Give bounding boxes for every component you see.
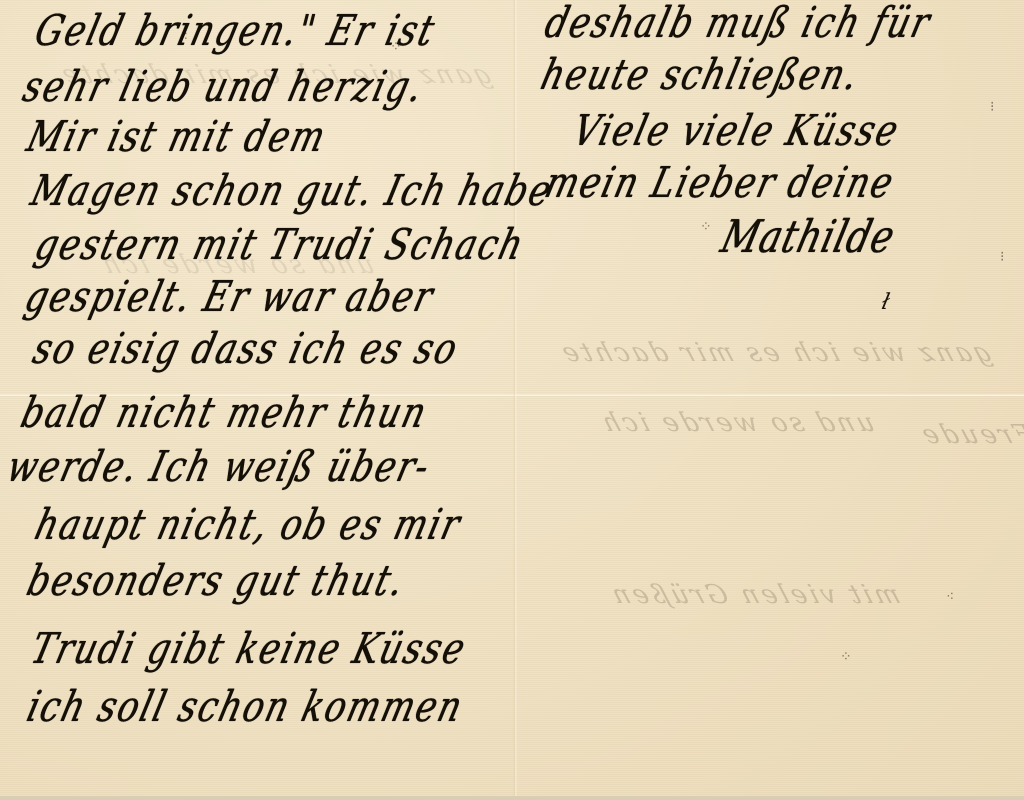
ink-speck: ⁝: [990, 100, 994, 114]
bleed-through-text: mit vielen Grüßen: [605, 580, 904, 610]
handwritten-line: so eisig dass ich es so: [28, 324, 464, 374]
ink-speck: ⁘: [700, 220, 712, 234]
handwritten-line: bald nicht mehr thun: [16, 388, 433, 438]
handwritten-line: heute schließen.: [536, 50, 865, 100]
bleed-through-text: ganz wie ich es mir dachte: [555, 338, 996, 368]
handwritten-line: Viele viele Küsse: [568, 106, 905, 156]
bleed-through-text: und so werde ich: [595, 408, 878, 438]
handwritten-line: Magen schon gut. Ich habe: [26, 166, 558, 216]
vertical-fold-line: [513, 0, 517, 800]
handwritten-line: gestern mit Trudi Schach: [30, 220, 530, 270]
handwritten-line: Trudi gibt keine Küsse: [26, 624, 472, 674]
ink-speck: ⁘: [840, 650, 852, 664]
signature: Mathilde: [716, 212, 900, 263]
handwritten-line: werde. Ich weiß über-: [2, 442, 436, 492]
handwritten-line: gespielt. Er war aber: [20, 272, 439, 322]
ink-mark: ł: [879, 290, 891, 315]
ink-speck: ⁖: [946, 590, 954, 604]
ink-speck: ⁝: [1000, 250, 1004, 264]
letter-page: ganz wie ich es mir dachte und so werde …: [0, 0, 1024, 800]
handwritten-line: haupt nicht, ob es mir: [30, 500, 467, 550]
handwritten-line: ich soll schon kommen: [22, 682, 469, 732]
handwritten-line: besonders gut thut.: [22, 556, 411, 606]
bleed-through-text: Freude: [915, 420, 1024, 450]
handwritten-line: sehr lieb und herzig.: [18, 62, 429, 112]
paper-bottom-edge: [0, 796, 1024, 800]
handwritten-line: Mir ist mit dem: [22, 112, 332, 162]
handwritten-line: deshalb muß ich für: [540, 0, 936, 48]
handwritten-line: mein Lieber deine: [540, 158, 900, 208]
handwritten-line: Geld bringen." Er ist: [30, 6, 441, 56]
